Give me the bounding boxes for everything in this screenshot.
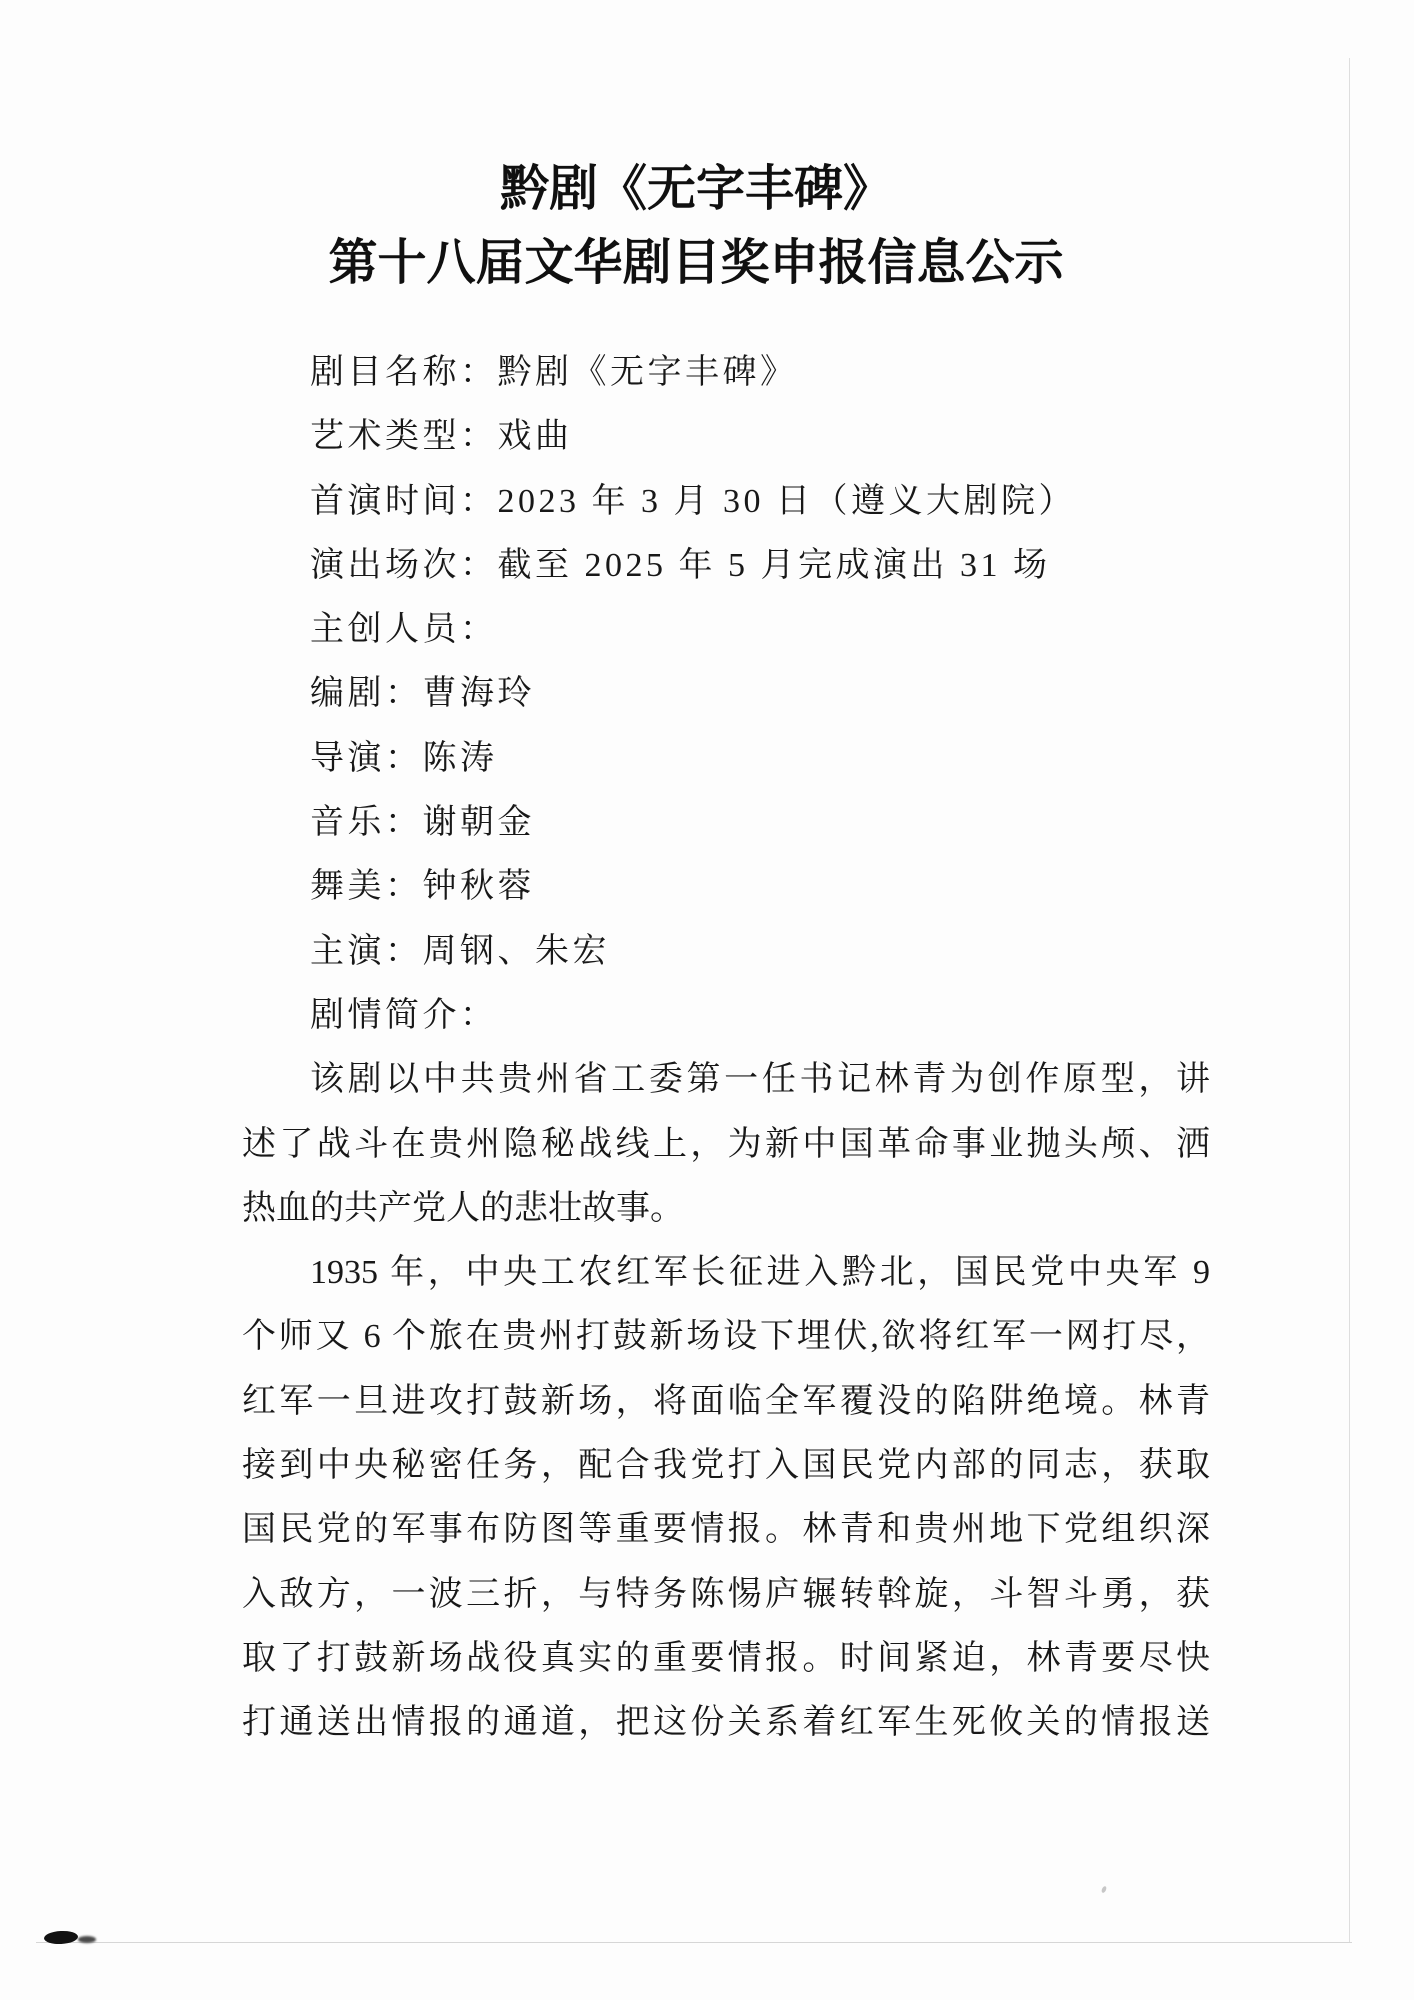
scanned-document-page: 黔剧《无字丰碑》 第十八届文华剧目奖申报信息公示 剧目名称：黔剧《无字丰碑》 艺… — [0, 0, 1414, 2000]
field-line-music: 音乐：谢朝金 — [242, 791, 1210, 855]
document-body: 剧目名称：黔剧《无字丰碑》 艺术类型：戏曲 首演时间：2023 年 3 月 30… — [242, 341, 1210, 1756]
field-line-playwright: 编剧：曹海玲 — [242, 662, 1210, 726]
ink-smudge-artifact — [78, 1936, 96, 1943]
field-line-lead-actors: 主演：周钢、朱宏 — [242, 920, 1210, 984]
document-title-line-2: 第十八届文华剧目奖申报信息公示 — [0, 226, 1392, 300]
field-line-director: 导演：陈涛 — [242, 727, 1210, 791]
page-edge-right-line — [1349, 58, 1350, 1943]
field-line-synopsis-label: 剧情简介： — [242, 984, 1210, 1048]
synopsis-para2-line: 入敌方，一波三折，与特务陈惕庐辗转斡旋，斗智斗勇，获 — [242, 1563, 1210, 1627]
synopsis-para2-line: 取了打鼓新场战役真实的重要情报。时间紧迫，林青要尽快 — [242, 1627, 1210, 1691]
synopsis-para2-line: 1935 年，中央工农红军长征进入黔北，国民党中央军 9 — [242, 1241, 1210, 1305]
synopsis-para1-line: 该剧以中共贵州省工委第一任书记林青为创作原型，讲 — [242, 1048, 1210, 1112]
field-line-art-type: 艺术类型：戏曲 — [242, 405, 1210, 469]
page-edge-bottom-line — [36, 1942, 1352, 1943]
synopsis-para1-line: 热血的共产党人的悲壮故事。 — [242, 1177, 1210, 1241]
synopsis-para1-line: 述了战斗在贵州隐秘战线上，为新中国革命事业抛头颅、洒 — [242, 1113, 1210, 1177]
field-line-stage-design: 舞美：钟秋蓉 — [242, 855, 1210, 919]
synopsis-para2-line: 打通送出情报的通道，把这份关系着红军生死攸关的情报送 — [242, 1691, 1210, 1755]
field-line-creative-team: 主创人员： — [242, 598, 1210, 662]
synopsis-para2-line: 个师又 6 个旅在贵州打鼓新场设下埋伏,欲将红军一网打尽， — [242, 1305, 1210, 1369]
scan-speck-artifact — [1101, 1885, 1108, 1893]
document-title-line-1: 黔剧《无字丰碑》 — [0, 152, 1392, 226]
document-title: 黔剧《无字丰碑》 第十八届文华剧目奖申报信息公示 — [0, 152, 1392, 300]
synopsis-para2-line: 红军一旦进攻打鼓新场，将面临全军覆没的陷阱绝境。林青 — [242, 1370, 1210, 1434]
synopsis-para2-line: 国民党的军事布防图等重要情报。林青和贵州地下党组织深 — [242, 1498, 1210, 1562]
field-line-performances: 演出场次：截至 2025 年 5 月完成演出 31 场 — [242, 534, 1210, 598]
field-line-premiere-date: 首演时间：2023 年 3 月 30 日（遵义大剧院） — [242, 470, 1210, 534]
synopsis-para2-line: 接到中央秘密任务，配合我党打入国民党内部的同志，获取 — [242, 1434, 1210, 1498]
field-line-play-title: 剧目名称：黔剧《无字丰碑》 — [242, 341, 1210, 405]
